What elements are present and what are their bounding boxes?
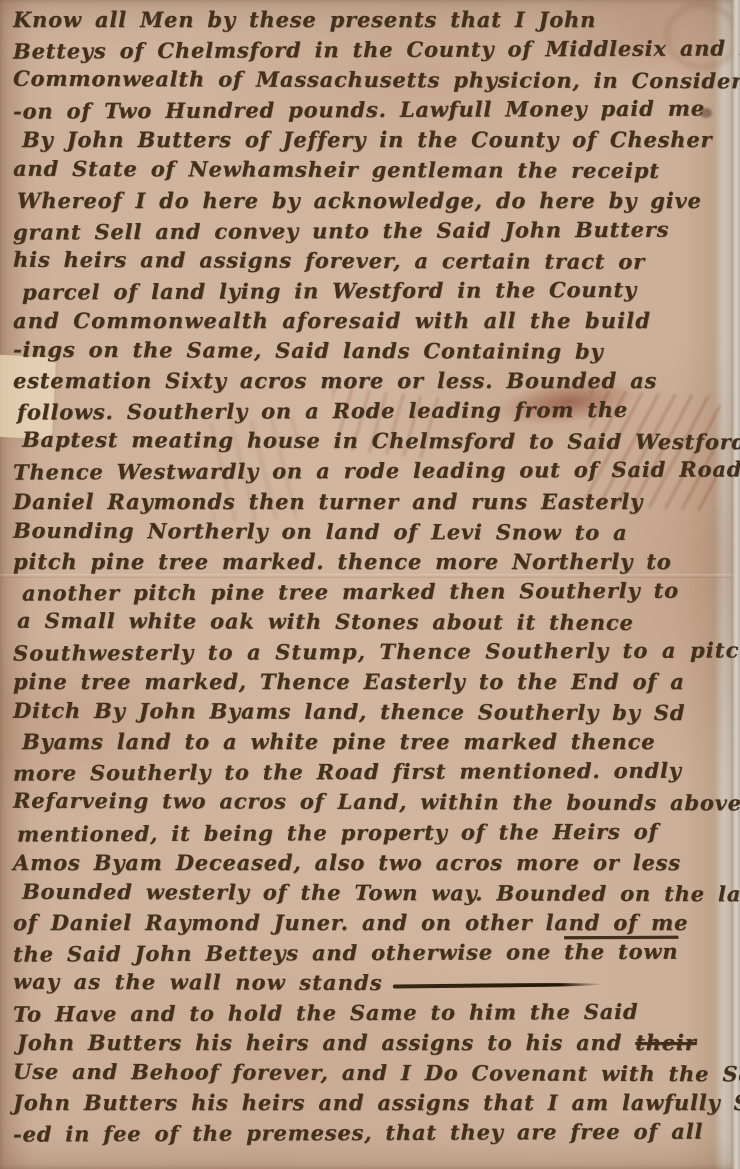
manuscript-text-segment: Whereof I do here by acknowledge, do her… [17,188,702,213]
manuscript-text-segment: and Commonwealth aforesaid with all the … [13,308,651,333]
manuscript-line: a Small white oak with Stones about it t… [13,606,733,639]
manuscript-text-segment: Ditch By John Byams land, thence Souther… [13,698,685,725]
manuscript-line: John Butters his heirs and assigns to hi… [13,1028,733,1058]
manuscript-text-segment: Byams land to a white pine tree marked t… [22,729,655,754]
manuscript-text-segment: Southwesterly to a Stump, Thence Souther… [13,637,740,665]
manuscript-text-segment: Use and Behoof forever, and I Do Covenan… [13,1059,740,1087]
manuscript-text-segment: Bounded westerly of the Town way. Bounde… [22,878,740,906]
manuscript-line: Betteys of Chelmsford in the County of M… [13,34,733,67]
manuscript-text-segment: Betteys of Chelmsford in the County of M… [13,35,740,64]
manuscript-text-segment: Commonwealth of Massachusetts physicion,… [13,66,740,94]
manuscript-line: -on of Two Hundred pounds. Lawfull Money… [13,94,733,127]
manuscript-line: way as the wall now stands [13,967,733,1000]
manuscript-line: Daniel Raymonds then turner and runs Eas… [13,487,733,517]
manuscript-text-segment: Refarveing two acros of Land, within the… [13,788,740,816]
manuscript-text-segment: John Butters his heirs and assigns that … [13,1090,740,1115]
manuscript-line: of Daniel Raymond Juner. and on other la… [13,908,733,938]
manuscript-text-segment: pine tree marked, Thence Easterly to the… [13,669,685,694]
manuscript-line: Amos Byam Deceased, also two acros more … [13,848,733,878]
manuscript-line: follows. Southerly on a Rode leading fro… [13,395,733,428]
manuscript-text-segment: pitch pine tree marked. thence more Nort… [13,549,672,574]
manuscript-line: the Said John Betteys and otherwise one … [13,936,733,969]
manuscript-text-segment: Thence Westwardly on a rode leading out … [13,457,740,485]
manuscript-text-segment: grant Sell and convey unto the Said John… [13,216,669,244]
manuscript-line: Baptest meating house in Chelmsford to S… [13,425,733,458]
manuscript-text-segment: his heirs and assigns forever, a certain… [13,246,645,273]
manuscript-text: Know all Men by these presents that I Jo… [13,5,733,1149]
manuscript-text-segment: -on of Two Hundred pounds. Lawfull Money… [13,96,705,124]
manuscript-line: Use and Behoof forever, and I Do Covenan… [13,1057,733,1090]
manuscript-text-segment: more Southerly to the Road first mention… [13,758,682,786]
manuscript-text-segment: mentioned, it being the property of the … [17,818,658,846]
manuscript-text-segment: Amos Byam Deceased, also two acros more … [13,850,681,875]
manuscript-text-segment: By John Butters of Jeffery in the County… [22,127,712,152]
manuscript-line: another pitch pine tree marked then Sout… [13,575,733,608]
manuscript-line: parcel of land lying in Westford in the … [13,274,733,307]
manuscript-text-segment: estemation Sixty acros more or less. Bou… [13,368,657,393]
manuscript-line: -ings on the Same, Said lands Containing… [13,335,733,368]
manuscript-line: Commonwealth of Massachusetts physicion,… [13,64,733,97]
overlined-text: the town [564,939,678,964]
manuscript-line: mentioned, it being the property of the … [13,816,733,849]
manuscript-line: Know all Men by these presents that I Jo… [13,5,733,35]
manuscript-line: more Southerly to the Road first mention… [13,756,733,789]
manuscript-text-segment: another pitch pine tree marked then Sout… [22,577,679,605]
manuscript-text-segment: way as the wall now stands [13,969,383,995]
manuscript-line: estemation Sixty acros more or less. Bou… [13,366,733,396]
manuscript-text-segment: and State of Newhamsheir gentleman the r… [13,156,660,183]
manuscript-text-segment: -ings on the Same, Said lands Containing… [13,337,604,364]
manuscript-line: Refarveing two acros of Land, within the… [13,786,733,819]
manuscript-line: By John Butters of Jeffery in the County… [13,125,733,155]
manuscript-text-segment: the Said John Betteys and otherwise one [13,939,564,966]
manuscript-line: and State of Newhamsheir gentleman the r… [13,154,733,187]
manuscript-line: Thence Westwardly on a rode leading out … [13,455,733,488]
manuscript-line: Ditch By John Byams land, thence Souther… [13,696,733,729]
manuscript-text-segment: John Butters his heirs and assigns to hi… [17,1030,635,1055]
manuscript-text-segment: To Have and to hold the Same to him the … [13,999,638,1027]
manuscript-text-segment: of Daniel Raymond Juner. and on other la… [13,910,688,935]
manuscript-line: his heirs and assigns forever, a certain… [13,244,733,277]
manuscript-line: grant Sell and convey unto the Said John… [13,214,733,247]
manuscript-text-segment: Know all Men by these presents that I Jo… [13,7,596,32]
manuscript-line: John Butters his heirs and assigns that … [13,1088,733,1118]
manuscript-line: Bounded westerly of the Town way. Bounde… [13,876,733,909]
manuscript-text-segment: -ed in fee of the premeses, that they ar… [13,1119,703,1147]
manuscript-line: and Commonwealth aforesaid with all the … [13,306,733,336]
struck-text: their [635,1030,696,1055]
manuscript-text-segment: follows. Southerly on a Rode leading fro… [17,397,628,425]
manuscript-text-segment: Daniel Raymonds then turner and runs Eas… [13,489,643,514]
deed-manuscript-page: Know all Men by these presents that I Jo… [0,0,740,1169]
manuscript-text-segment: parcel of land lying in Westford in the … [22,277,637,305]
manuscript-line: Bounding Northerly on land of Levi Snow … [13,515,733,548]
manuscript-line: To Have and to hold the Same to him the … [13,997,733,1030]
manuscript-line: pine tree marked, Thence Easterly to the… [13,667,733,697]
manuscript-text-segment: Baptest meating house in Chelmsford to S… [22,427,740,455]
ink-dash-rule [393,982,603,988]
manuscript-line: pitch pine tree marked. thence more Nort… [13,547,733,577]
manuscript-line: Whereof I do here by acknowledge, do her… [13,186,733,216]
manuscript-line: -ed in fee of the premeses, that they ar… [13,1117,733,1150]
manuscript-text-segment: a Small white oak with Stones about it t… [17,608,634,635]
manuscript-line: Southwesterly to a Stump, Thence Souther… [13,635,733,668]
manuscript-line: Byams land to a white pine tree marked t… [13,727,733,757]
manuscript-text-segment: Bounding Northerly on land of Levi Snow … [13,517,628,544]
